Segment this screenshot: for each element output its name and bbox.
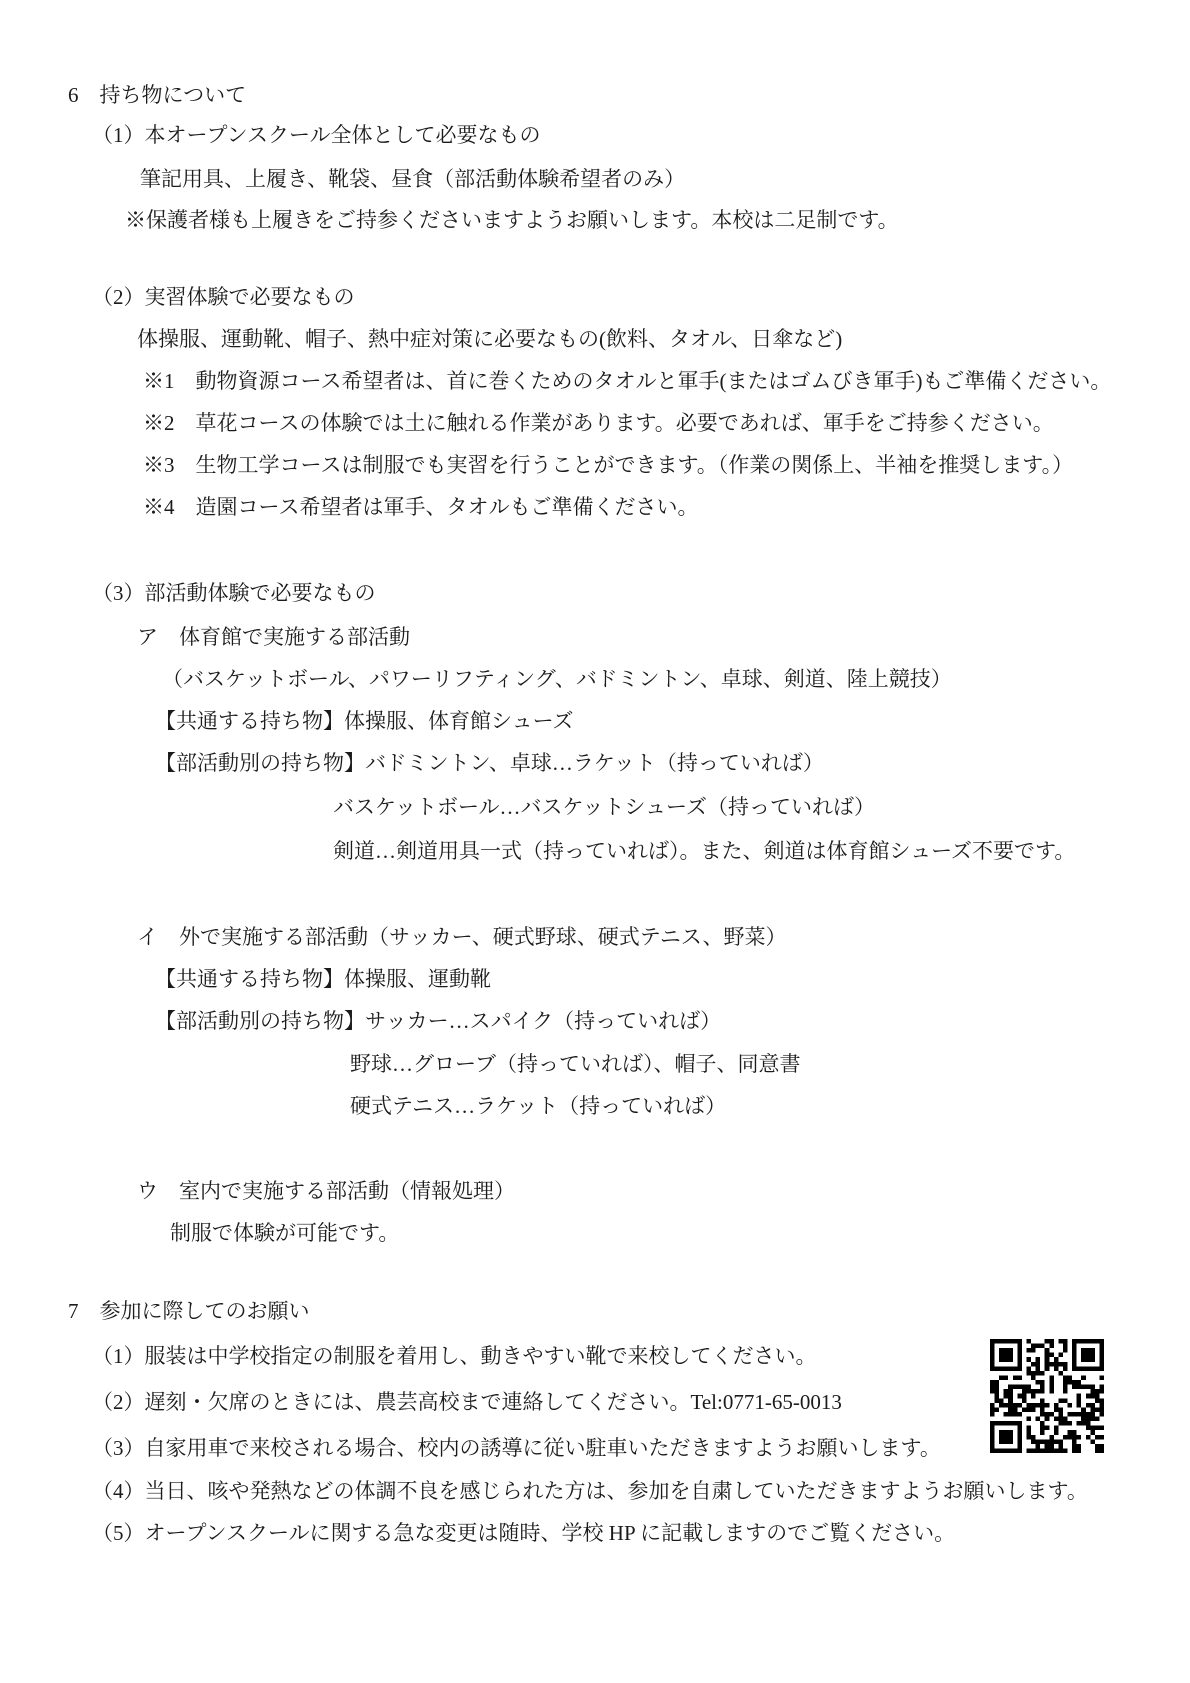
outdoor-per-club-items-2: 野球…グローブ（持っていれば）、帽子、同意書 bbox=[350, 1051, 800, 1078]
gym-per-club-items-2: バスケットボール…バスケットシューズ（持っていれば） bbox=[333, 794, 875, 821]
qr-code bbox=[990, 1339, 1104, 1453]
gym-clubs-title: ア 体育館で実施する部活動 bbox=[137, 624, 410, 651]
section7-item1: （1）服装は中学校指定の制服を着用し、動きやすい靴で来校してください。 bbox=[92, 1343, 817, 1370]
indoor-clubs-title: ウ 室内で実施する部活動（情報処理） bbox=[137, 1178, 515, 1205]
section7-title: 7 参加に際してのお願い bbox=[68, 1298, 310, 1325]
section7-item3: （3）自家用車で来校される場合、校内の誘導に従い駐車いただきますようお願いします… bbox=[92, 1435, 941, 1462]
section6-item2-title: （2）実習体験で必要なもの bbox=[92, 284, 355, 311]
gym-per-club-items-3: 剣道…剣道用具一式（持っていれば）。また、剣道は体育館シューズ不要です。 bbox=[333, 838, 1075, 865]
indoor-clubs-line: 制服で体験が可能です。 bbox=[170, 1220, 399, 1247]
section6-item1-line: 筆記用具、上履き、靴袋、昼食（部活動体験希望者のみ） bbox=[140, 166, 685, 193]
section6-item1-note: ※保護者様も上履きをご持参くださいますようお願いします。本校は二足制です。 bbox=[125, 207, 899, 234]
section6-item2-note1: ※1 動物資源コース希望者は、首に巻くためのタオルと軍手(またはゴムびき軍手)も… bbox=[143, 368, 1111, 395]
outdoor-per-club-items-1: 【部活動別の持ち物】サッカー…スパイク（持っていれば） bbox=[155, 1008, 721, 1035]
section7-item2: （2）遅刻・欠席のときには、農芸高校まで連絡してください。Tel:0771-65… bbox=[92, 1389, 842, 1416]
section6-title: 6 持ち物について bbox=[68, 82, 246, 109]
section6-item3-title: （3）部活動体験で必要なもの bbox=[92, 580, 376, 607]
section7-item5: （5）オープンスクールに関する急な変更は随時、学校 HP に記載しますのでご覧く… bbox=[92, 1520, 955, 1547]
section6-item2-note4: ※4 造園コース希望者は軍手、タオルもご準備ください。 bbox=[143, 494, 698, 521]
section6-item2-note3: ※3 生物工学コースは制服でも実習を行うことができます。（作業の関係上、半袖を推… bbox=[143, 452, 1073, 479]
gym-per-club-items-1: 【部活動別の持ち物】バドミントン、卓球…ラケット（持っていれば） bbox=[155, 750, 824, 777]
outdoor-clubs-title: イ 外で実施する部活動（サッカー、硬式野球、硬式テニス、野菜） bbox=[137, 924, 787, 951]
outdoor-per-club-items-3: 硬式テニス…ラケット（持っていれば） bbox=[350, 1093, 726, 1120]
document-page: 6 持ち物について （1）本オープンスクール全体として必要なもの 筆記用具、上履… bbox=[0, 0, 1190, 1683]
section7-item4: （4）当日、咳や発熱などの体調不良を感じられた方は、参加を自粛していただきますよ… bbox=[92, 1478, 1088, 1505]
section6-item1-title: （1）本オープンスクール全体として必要なもの bbox=[92, 122, 541, 149]
outdoor-common-items: 【共通する持ち物】体操服、運動靴 bbox=[155, 966, 491, 993]
gym-clubs-list: （バスケットボール、パワーリフティング、バドミントン、卓球、剣道、陸上競技） bbox=[162, 666, 952, 693]
section6-item2-note2: ※2 草花コースの体験では土に触れる作業があります。必要であれば、軍手をご持参く… bbox=[143, 410, 1054, 437]
gym-common-items: 【共通する持ち物】体操服、体育館シューズ bbox=[155, 708, 574, 735]
section6-item2-line: 体操服、運動靴、帽子、熱中症対策に必要なもの(飲料、タオル、日傘など) bbox=[137, 326, 842, 353]
